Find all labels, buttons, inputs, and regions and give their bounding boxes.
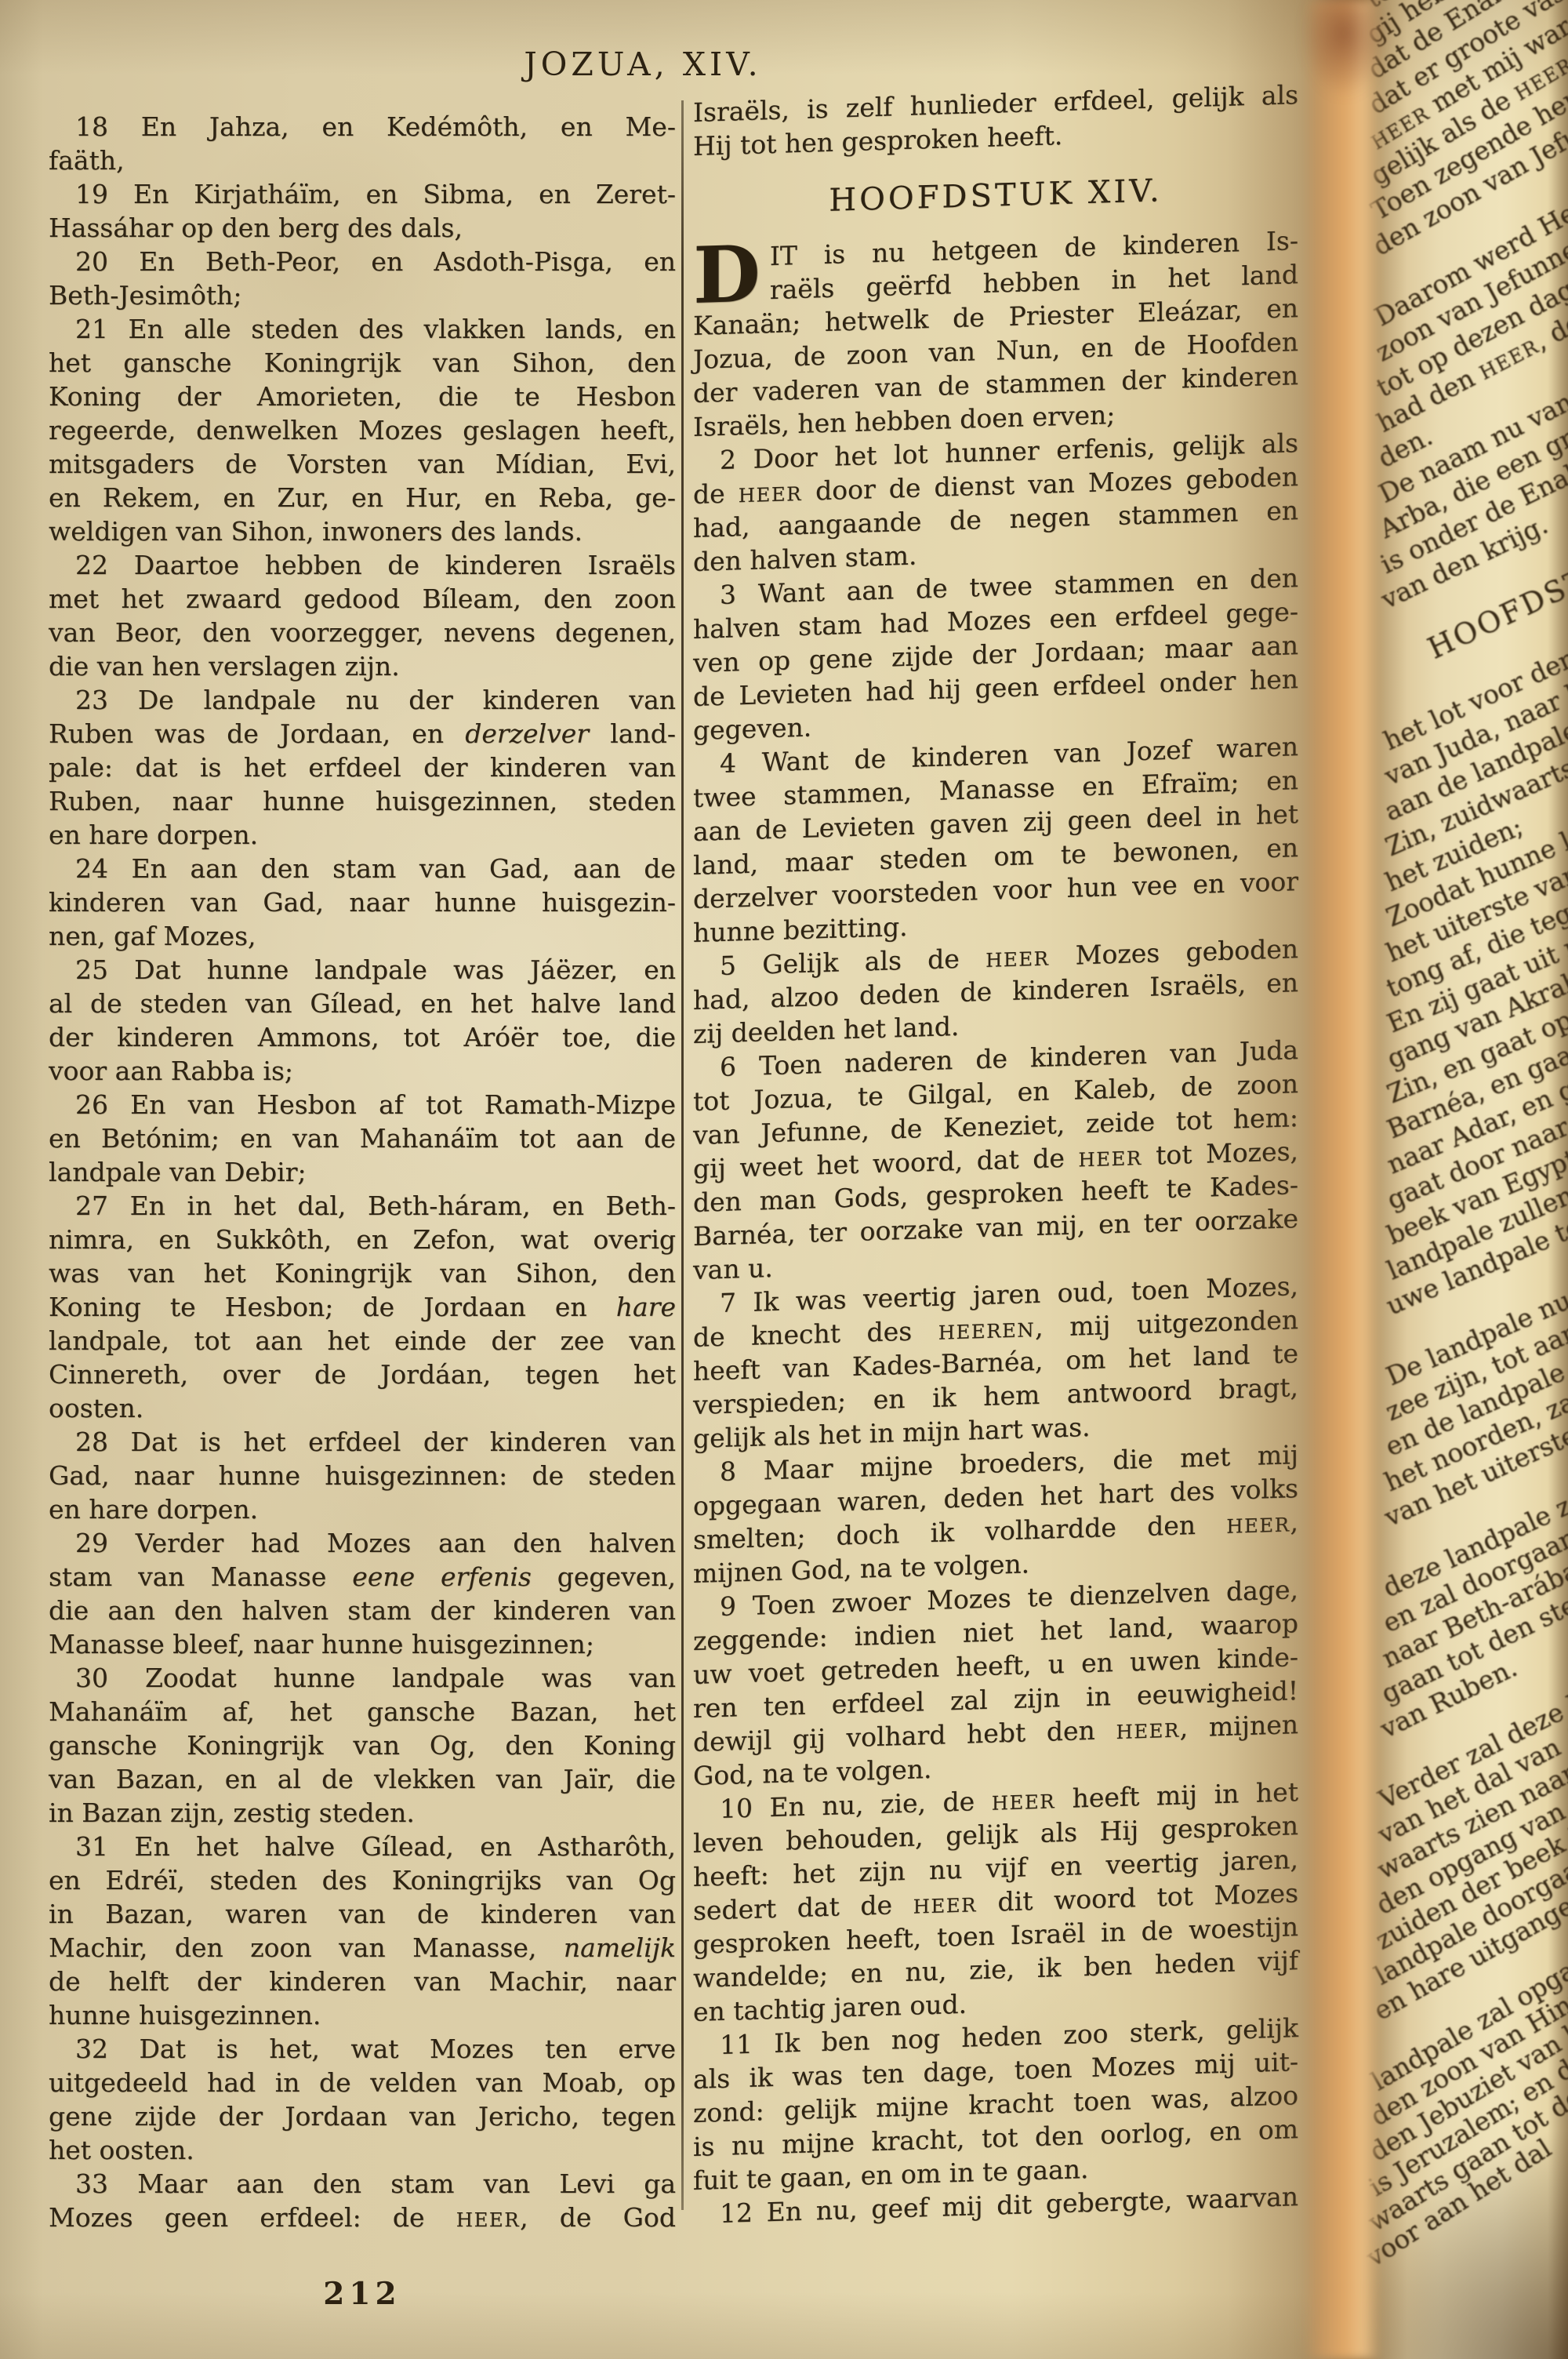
text-line: Mozes geen erfdeel: de HEER, de God <box>49 2201 676 2234</box>
verse-27: 27 En in het dal, Beth-háram, en Beth-ni… <box>49 1189 676 1425</box>
text-line: met het zwaard gedood Bíleam, den zoon <box>49 582 676 616</box>
text-line: van u. <box>693 1235 1298 1287</box>
text-line: Machir, den zoon van Manasse, namelijk <box>49 1931 676 1965</box>
page-fold <box>1303 0 1378 2359</box>
text-line: Kanaän; hetwelk de Priester Eleázar, en <box>693 291 1298 343</box>
text-line: Gad, naar hunne huisgezinnen: de steden <box>49 1459 676 1492</box>
text-line: sedert dat de HEER dit woord tot Mozes <box>693 1876 1298 1928</box>
text-line: den man Gods, gesproken heeft te Kades- <box>693 1168 1298 1219</box>
text-line: van Bazan, en al de vlekken van Jaïr, di… <box>49 1762 676 1796</box>
text-line: weldigen van Sihon, inwoners des lands. <box>49 514 676 548</box>
text-line: Israëls, hen hebben doen erven; <box>693 392 1298 444</box>
text-line: leven behouden, gelijk als Hij gesproken <box>693 1808 1298 1860</box>
text-line: Ruben was de Jordaan, en derzelver land- <box>49 717 676 751</box>
text-line: den halven stam. <box>693 527 1298 579</box>
text-line: Jozua, de zoon van Nun, en de Hoofden <box>693 325 1298 376</box>
text-line: ven op gene zijde der Jordaan; maar aan <box>693 628 1298 680</box>
text-line: fuit te gaan, en om in te gaan. <box>693 2146 1298 2197</box>
text-line: en Betónim; en van Mahanáïm tot aan de <box>49 1121 676 1155</box>
verse-continuation: Israëls, is zelf hunlieder erfdeel, geli… <box>693 78 1298 163</box>
text-line: landpale, tot aan het einde der zee van <box>49 1324 676 1358</box>
verse-24: 24 En aan den stam van Gad, aan dekinder… <box>49 852 676 953</box>
text-line: kinderen van Gad, naar hunne huisgezin- <box>49 885 676 919</box>
text-line: Mahanáïm af, het gansche Bazan, het <box>49 1695 676 1728</box>
column-divider-rule <box>681 100 684 2210</box>
text-line: en Edréï, steden des Koningrijks van Og <box>49 1863 676 1897</box>
text-line: en hare dorpen. <box>49 818 676 852</box>
text-line: nimra, en Sukkôth, en Zefon, wat overig <box>49 1223 676 1256</box>
text-line: het gansche Koningrijk van Sihon, den <box>49 346 676 380</box>
verse-28: 28 Dat is het erfdeel der kinderen vanGa… <box>49 1425 676 1526</box>
text-line: land, maar steden om te bewonen, en <box>693 831 1298 882</box>
text-line: smelten; doch ik volhardde den HEER, <box>693 1505 1298 1557</box>
text-line: gelijk als het in mijn hart was. <box>693 1404 1298 1456</box>
verse-18: 18 En Jahza, en Kedémôth, en Me-faäth, <box>49 110 676 177</box>
text-line: Beth-Jesimôth; <box>49 278 676 312</box>
text-line: verspieden; en ik hem antwoord bragt, <box>693 1370 1298 1422</box>
text-line: 33 Maar aan den stam van Levi ga <box>49 2167 676 2201</box>
text-line: voor aan Rabba is; <box>49 1054 676 1088</box>
text-line: Israëls, is zelf hunlieder erfdeel, geli… <box>693 78 1298 129</box>
verse-5: 5 Gelijk als de HEER Mozes gebodenhad, a… <box>693 932 1298 1051</box>
main-page: JOZUA, XIV. 18 En Jahza, en Kedémôth, en… <box>0 0 1364 2359</box>
text-line: uitgedeeld had in de velden van Moab, op <box>49 2066 676 2099</box>
verse-33: 33 Maar aan den stam van Levi gaMozes ge… <box>49 2167 676 2234</box>
text-line: zond: gelijk mijne kracht toen was, alzo… <box>693 2078 1298 2130</box>
chapter-heading: HOOFDSTUK XIV. <box>693 169 1298 223</box>
verse-7: 7 Ik was veertig jaren oud, toen Mozes,d… <box>693 1269 1298 1456</box>
verse-8: 8 Maar mijne broeders, die met mijopgega… <box>693 1438 1298 1590</box>
text-line: der vaderen van de stammen der kinderen <box>693 358 1298 410</box>
text-line: Koning te Hesbon; de Jordaan en hare <box>49 1290 676 1324</box>
text-line: IT is nu hetgeen de kinderen Is- <box>693 224 1298 275</box>
text-line: ren ten erfdeel zal zijn in eeuwigheid! <box>693 1674 1298 1725</box>
text-line: mijnen God, na te volgen. <box>693 1539 1298 1590</box>
verse-10: 10 En nu, zie, de HEER heeft mij in hetl… <box>693 1775 1298 2029</box>
text-line: 4 Want de kinderen van Jozef waren <box>693 729 1298 781</box>
text-line: Koning der Amorieten, die te Hesbon <box>49 380 676 413</box>
text-line: 21 En alle steden des vlakken lands, en <box>49 312 676 346</box>
text-line: zeggende: indien niet het land, waarop <box>693 1606 1298 1658</box>
text-line: had, alzoo deden de kinderen Israëls, en <box>693 965 1298 1017</box>
text-line: uw voet getreden heeft, u en uwen kinde- <box>693 1640 1298 1692</box>
text-line: in Bazan, waren van de kinderen van <box>49 1897 676 1931</box>
text-line: 22 Daartoe hebben de kinderen Israëls <box>49 548 676 582</box>
text-line: Manasse bleef, naar hunne huisgezinnen; <box>49 1627 676 1661</box>
text-line: die van hen verslagen zijn. <box>49 649 676 683</box>
text-line: 27 En in het dal, Beth-háram, en Beth- <box>49 1189 676 1223</box>
text-line: oosten. <box>49 1391 676 1425</box>
text-line: 30 Zoodat hunne landpale was van <box>49 1661 676 1695</box>
text-line: 6 Toen naderen de kinderen van Juda <box>693 1033 1298 1085</box>
text-line: de knecht des HEEREN, mij uitgezonden <box>693 1303 1298 1354</box>
bible-page-photo: JOZUA, XIV. 18 En Jahza, en Kedémôth, en… <box>0 0 1568 2359</box>
verse-32: 32 Dat is het, wat Mozes ten erveuitgede… <box>49 2032 676 2167</box>
text-line: 7 Ik was veertig jaren oud, toen Mozes, <box>693 1269 1298 1321</box>
text-line: aan de Levieten gaven zij geen deel in h… <box>693 797 1298 849</box>
verse-30: 30 Zoodat hunne landpale was vanMahanáïm… <box>49 1661 676 1830</box>
text-line: 20 En Beth-Peor, en Asdoth-Pisga, en <box>49 245 676 278</box>
page-number: 212 <box>49 2276 676 2312</box>
text-line: wandelde; en nu, zie, ik ben heden vijf <box>693 1943 1298 1995</box>
text-line: Ruben, naar hunne huisgezinnen, steden <box>49 784 676 818</box>
left-text-column: 18 En Jahza, en Kedémôth, en Me-faäth,19… <box>49 110 676 2234</box>
text-line: pale: dat is het erfdeel der kinderen va… <box>49 751 676 784</box>
verse-23: 23 De landpale nu der kinderen vanRuben … <box>49 683 676 852</box>
text-line: Cinnereth, over de Jordáan, tegen het <box>49 1358 676 1391</box>
text-line: opgegaan waren, deden het hart des volks <box>693 1471 1298 1523</box>
text-line: in Bazan zijn, zestig steden. <box>49 1796 676 1830</box>
text-line: had, aangaande de negen stammen en <box>693 493 1298 545</box>
text-line: 23 De landpale nu der kinderen van <box>49 683 676 717</box>
verse-9: 9 Toen zwoer Mozes te dienzelven dage,ze… <box>693 1572 1298 1793</box>
verse-11: 11 Ik ben nog heden zoo sterk, gelijkals… <box>693 2011 1298 2197</box>
text-line: 31 En het halve Gílead, en Astharôth, <box>49 1830 676 1863</box>
text-line: is nu mijne kracht, tot den oorlog, en o… <box>693 2112 1298 2164</box>
text-line: hunne huisgezinnen. <box>49 1998 676 2032</box>
text-line: 12 En nu, geef mij dit gebergte, waarvan <box>693 2179 1298 2231</box>
text-line: gansche Koningrijk van Og, den Koning <box>49 1728 676 1762</box>
text-line: landpale van Debir; <box>49 1155 676 1189</box>
text-line: 18 En Jahza, en Kedémôth, en Me- <box>49 110 676 144</box>
verse-2: 2 Door het lot hunner erfenis, gelijk al… <box>693 426 1298 579</box>
text-line: en hare dorpen. <box>49 1492 676 1526</box>
running-head: JOZUA, XIV. <box>376 45 909 83</box>
text-line: hunne bezitting. <box>693 898 1298 950</box>
curved-page-text: te dien dage gesprokengij hebt het te di… <box>1368 0 1568 2280</box>
verse-29: 29 Verder had Mozes aan den halvenstam v… <box>49 1526 676 1661</box>
text-line: 9 Toen zwoer Mozes te dienzelven dage, <box>693 1572 1298 1624</box>
fold-top-shadow <box>1294 0 1396 118</box>
text-line: en tachtig jaren oud. <box>693 1977 1298 2029</box>
text-line: Hassáhar op den berg des dals, <box>49 211 676 245</box>
text-line: 32 Dat is het, wat Mozes ten erve <box>49 2032 676 2066</box>
text-line: mitsgaders de Vorsten van Mídian, Evi, <box>49 447 676 481</box>
text-line: was van het Koningrijk van Sihon, den <box>49 1256 676 1290</box>
text-line: faäth, <box>49 144 676 177</box>
text-line: 10 En nu, zie, de HEER heeft mij in het <box>693 1775 1298 1826</box>
paper-stains <box>0 0 1364 2359</box>
text-line: 19 En Kirjatháïm, en Sibma, en Zeret- <box>49 177 676 211</box>
text-line: gesproken heeft, toen Israël in de woest… <box>693 1910 1298 1961</box>
text-line: 11 Ik ben nog heden zoo sterk, gelijk <box>693 2011 1298 2063</box>
text-line: de Levieten had hij geen erfdeel onder h… <box>693 662 1298 714</box>
text-line: nen, gaf Mozes, <box>49 919 676 953</box>
verse-12: 12 En nu, geef mij dit gebergte, waarvan <box>693 2179 1298 2231</box>
text-line: gene zijde der Jordaan van Jericho, tege… <box>49 2099 676 2133</box>
verse-25: 25 Dat hunne landpale was Jáëzer, enal d… <box>49 953 676 1088</box>
text-line: dewijl gij volhard hebt den HEER, mijnen <box>693 1707 1298 1759</box>
verse-31: 31 En het halve Gílead, en Astharôth,en … <box>49 1830 676 2032</box>
text-line: van Beor, den voorzegger, nevens degenen… <box>49 616 676 649</box>
text-line: al de steden van Gílead, en het halve la… <box>49 987 676 1020</box>
text-line: twee stammen, Manasse en Efraïm; en <box>693 763 1298 815</box>
verse-26: 26 En van Hesbon af tot Ramath-Mizpeen B… <box>49 1088 676 1189</box>
text-line: 8 Maar mijne broeders, die met mij <box>693 1438 1298 1489</box>
text-line: Hij tot hen gesproken heeft. <box>693 111 1298 163</box>
text-line: het oosten. <box>49 2133 676 2167</box>
text-line: 26 En van Hesbon af tot Ramath-Mizpe <box>49 1088 676 1121</box>
text-line: der kinderen Ammons, tot Aróër toe, die <box>49 1020 676 1054</box>
text-line: de helft der kinderen van Machir, naar <box>49 1965 676 1998</box>
text-line: heeft: het zijn nu vijf en veertig jaren… <box>693 1842 1298 1894</box>
verse-22: 22 Daartoe hebben de kinderen Israëlsmet… <box>49 548 676 683</box>
text-line: derzelver voorsteden voor hun vee en voo… <box>693 864 1298 916</box>
text-line: 5 Gelijk als de HEER Mozes geboden <box>693 932 1298 983</box>
text-line: en Rekem, en Zur, en Hur, en Reba, ge- <box>49 481 676 514</box>
drop-cap: D <box>693 239 770 309</box>
text-line: Barnéa, ter oorzake van mij, en ter oorz… <box>693 1201 1298 1253</box>
text-line: van Jefunne, de Keneziet, zeide tot hem: <box>693 1100 1298 1152</box>
text-line: als ik was ten dage, toen Mozes mij uit- <box>693 2045 1298 2096</box>
verse-3: 3 Want aan de twee stammen en denhalven … <box>693 561 1298 747</box>
text-line: tot Jozua, te Gilgal, en Kaleb, de zoon <box>693 1067 1298 1118</box>
curved-next-page: te dien dage gesprokengij hebt het te di… <box>1360 0 1568 2359</box>
text-line: heeft van Kades-Barnéa, om het land te <box>693 1336 1298 1388</box>
right-text-column: Israëls, is zelf hunlieder erfdeel, geli… <box>693 78 1298 2231</box>
text-line: 28 Dat is het erfdeel der kinderen van <box>49 1425 676 1459</box>
verse-4: 4 Want de kinderen van Jozef warentwee s… <box>693 729 1298 950</box>
text-line: de HEER door de dienst van Mozes geboden <box>693 460 1298 511</box>
text-line: 29 Verder had Mozes aan den halven <box>49 1526 676 1560</box>
verse-continuation: DIT is nu hetgeen de kinderen Is-raëls g… <box>693 224 1298 444</box>
verse-20: 20 En Beth-Peor, en Asdoth-Pisga, enBeth… <box>49 245 676 312</box>
text-line: stam van Manasse eene erfenis gegeven, <box>49 1560 676 1594</box>
text-line: zij deelden het land. <box>693 999 1298 1051</box>
text-line: 3 Want aan de twee stammen en den <box>693 561 1298 612</box>
text-line: God, na te volgen. <box>693 1741 1298 1793</box>
text-line: 25 Dat hunne landpale was Jáëzer, en <box>49 953 676 987</box>
text-line: raëls geërfd hebben in het land <box>693 257 1298 309</box>
verse-21: 21 En alle steden des vlakken lands, enh… <box>49 312 676 548</box>
text-line: regeerde, denwelken Mozes geslagen heeft… <box>49 413 676 447</box>
text-line: gij weet het woord, dat de HEER tot Moze… <box>693 1134 1298 1186</box>
text-line: gegeven. <box>693 696 1298 747</box>
verse-19: 19 En Kirjatháïm, en Sibma, en Zeret-Has… <box>49 177 676 245</box>
text-line: 2 Door het lot hunner erfenis, gelijk al… <box>693 426 1298 478</box>
text-line: halven stam had Mozes een erfdeel gege- <box>693 594 1298 646</box>
verse-6: 6 Toen naderen de kinderen van Judatot J… <box>693 1033 1298 1287</box>
text-line: die aan den halven stam der kinderen van <box>49 1594 676 1627</box>
text-line: 24 En aan den stam van Gad, aan de <box>49 852 676 885</box>
